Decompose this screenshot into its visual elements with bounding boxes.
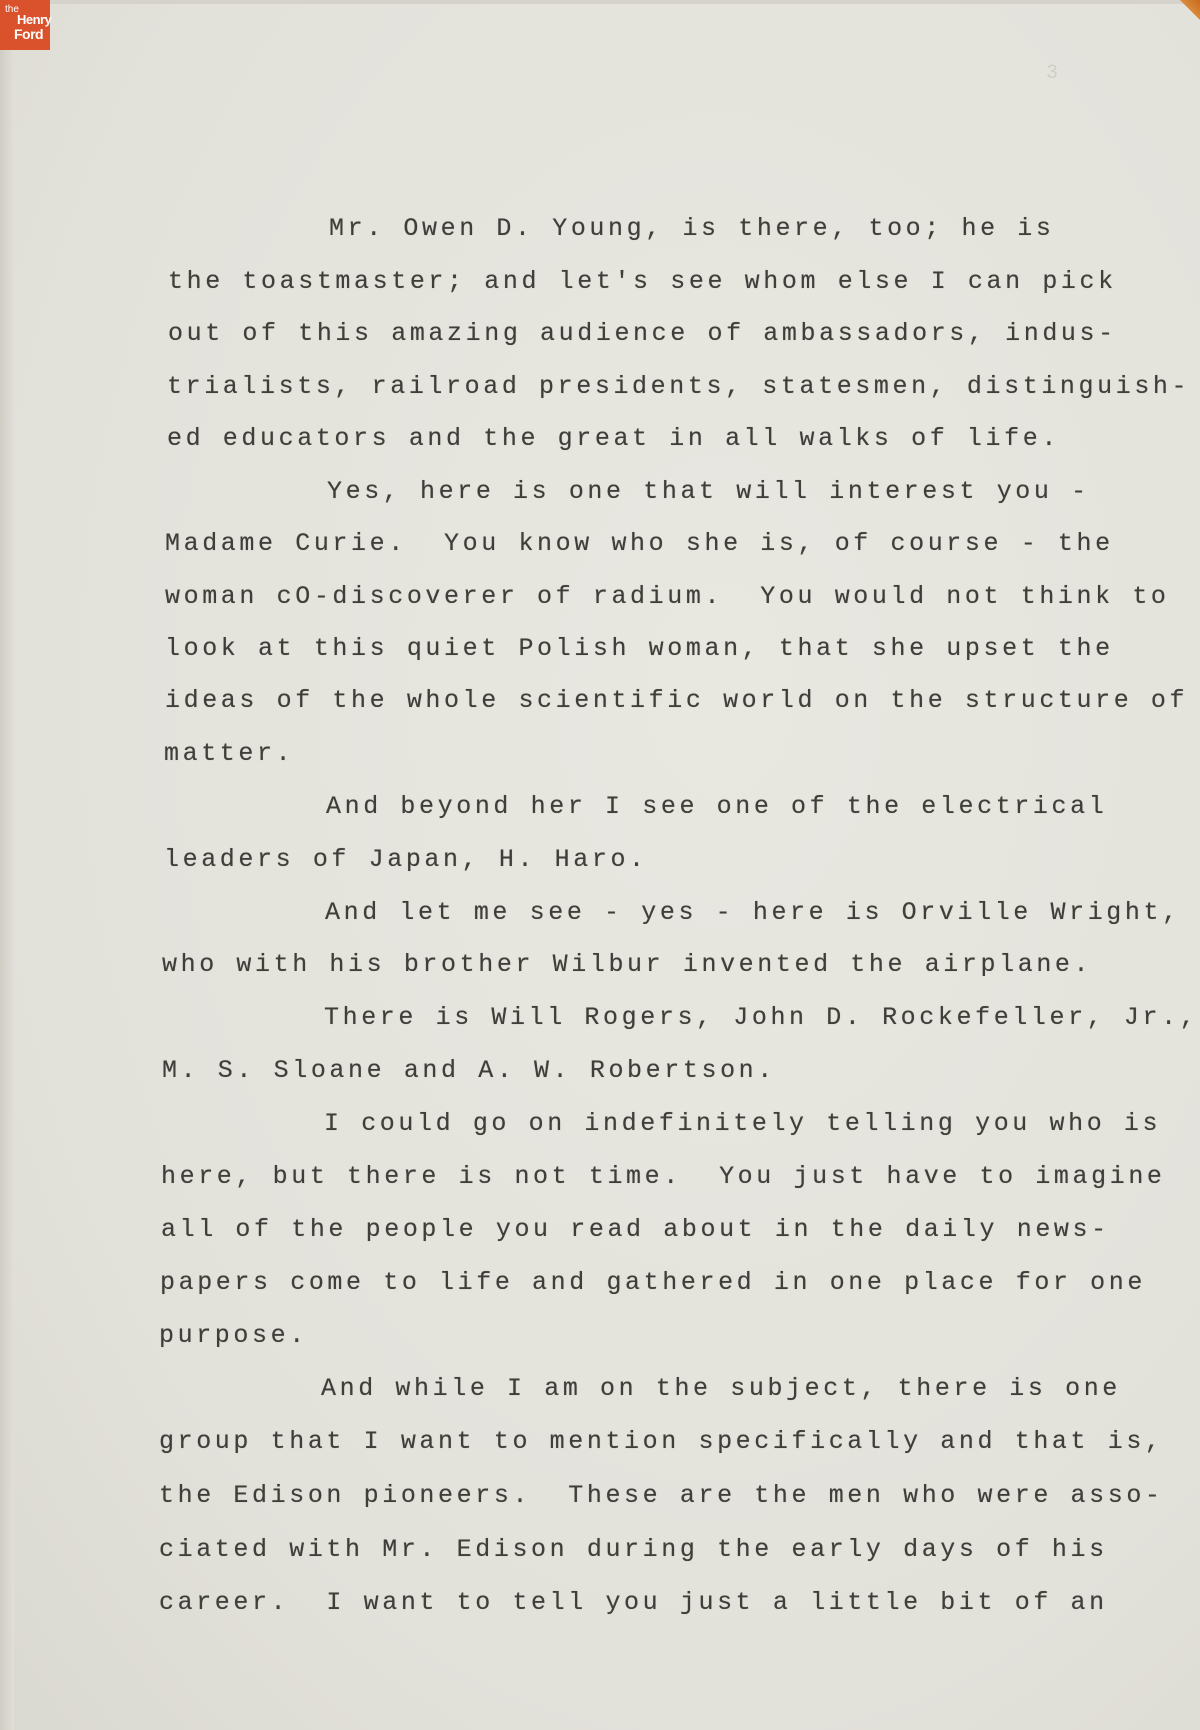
text-line: here, but there is not time. You just ha… — [161, 1162, 1166, 1191]
text-line: Mr. Owen D. Young, is there, too; he is — [329, 214, 1055, 243]
text-line: woman cO-discoverer of radium. You would… — [165, 582, 1170, 611]
text-line: ed educators and the great in all walks … — [167, 424, 1060, 453]
text-line: the Edison pioneers. These are the men w… — [159, 1481, 1164, 1510]
text-line: group that I want to mention specificall… — [159, 1427, 1164, 1456]
text-line: the toastmaster; and let's see whom else… — [168, 267, 1117, 296]
text-line: Madame Curie. You know who she is, of co… — [165, 529, 1114, 558]
page-number: 3 — [1046, 62, 1058, 85]
text-line: look at this quiet Polish woman, that sh… — [165, 634, 1114, 663]
text-line: ciated with Mr. Edison during the early … — [159, 1535, 1108, 1564]
text-line: There is Will Rogers, John D. Rockefelle… — [324, 1003, 1198, 1032]
text-line: papers come to life and gathered in one … — [160, 1268, 1146, 1297]
page-top-edge — [0, 0, 1200, 4]
text-line: career. I want to tell you just a little… — [159, 1588, 1108, 1617]
text-line: out of this amazing audience of ambassad… — [168, 319, 1117, 348]
text-line: I could go on indefinitely telling you w… — [324, 1109, 1161, 1138]
text-line: M. S. Sloane and A. W. Robertson. — [162, 1056, 776, 1085]
text-line: who with his brother Wilbur invented the… — [162, 950, 1092, 979]
text-line: And let me see - yes - here is Orville W… — [325, 898, 1181, 927]
text-line: leaders of Japan, H. Haro. — [164, 845, 648, 874]
text-line: ideas of the whole scientific world on t… — [165, 686, 1188, 715]
text-line: And beyond her I see one of the electric… — [326, 792, 1107, 821]
text-line: matter. — [164, 739, 294, 768]
typewritten-text: Mr. Owen D. Young, is there, too; he is … — [0, 0, 37, 812]
text-line: Yes, here is one that will interest you … — [327, 477, 1090, 506]
text-line: all of the people you read about in the … — [161, 1215, 1110, 1244]
text-line: purpose. — [159, 1321, 308, 1350]
page-corner-mark — [1178, 0, 1200, 22]
text-line: And while I am on the subject, there is … — [321, 1374, 1121, 1403]
text-line: trialists, railroad presidents, statesme… — [167, 372, 1190, 401]
